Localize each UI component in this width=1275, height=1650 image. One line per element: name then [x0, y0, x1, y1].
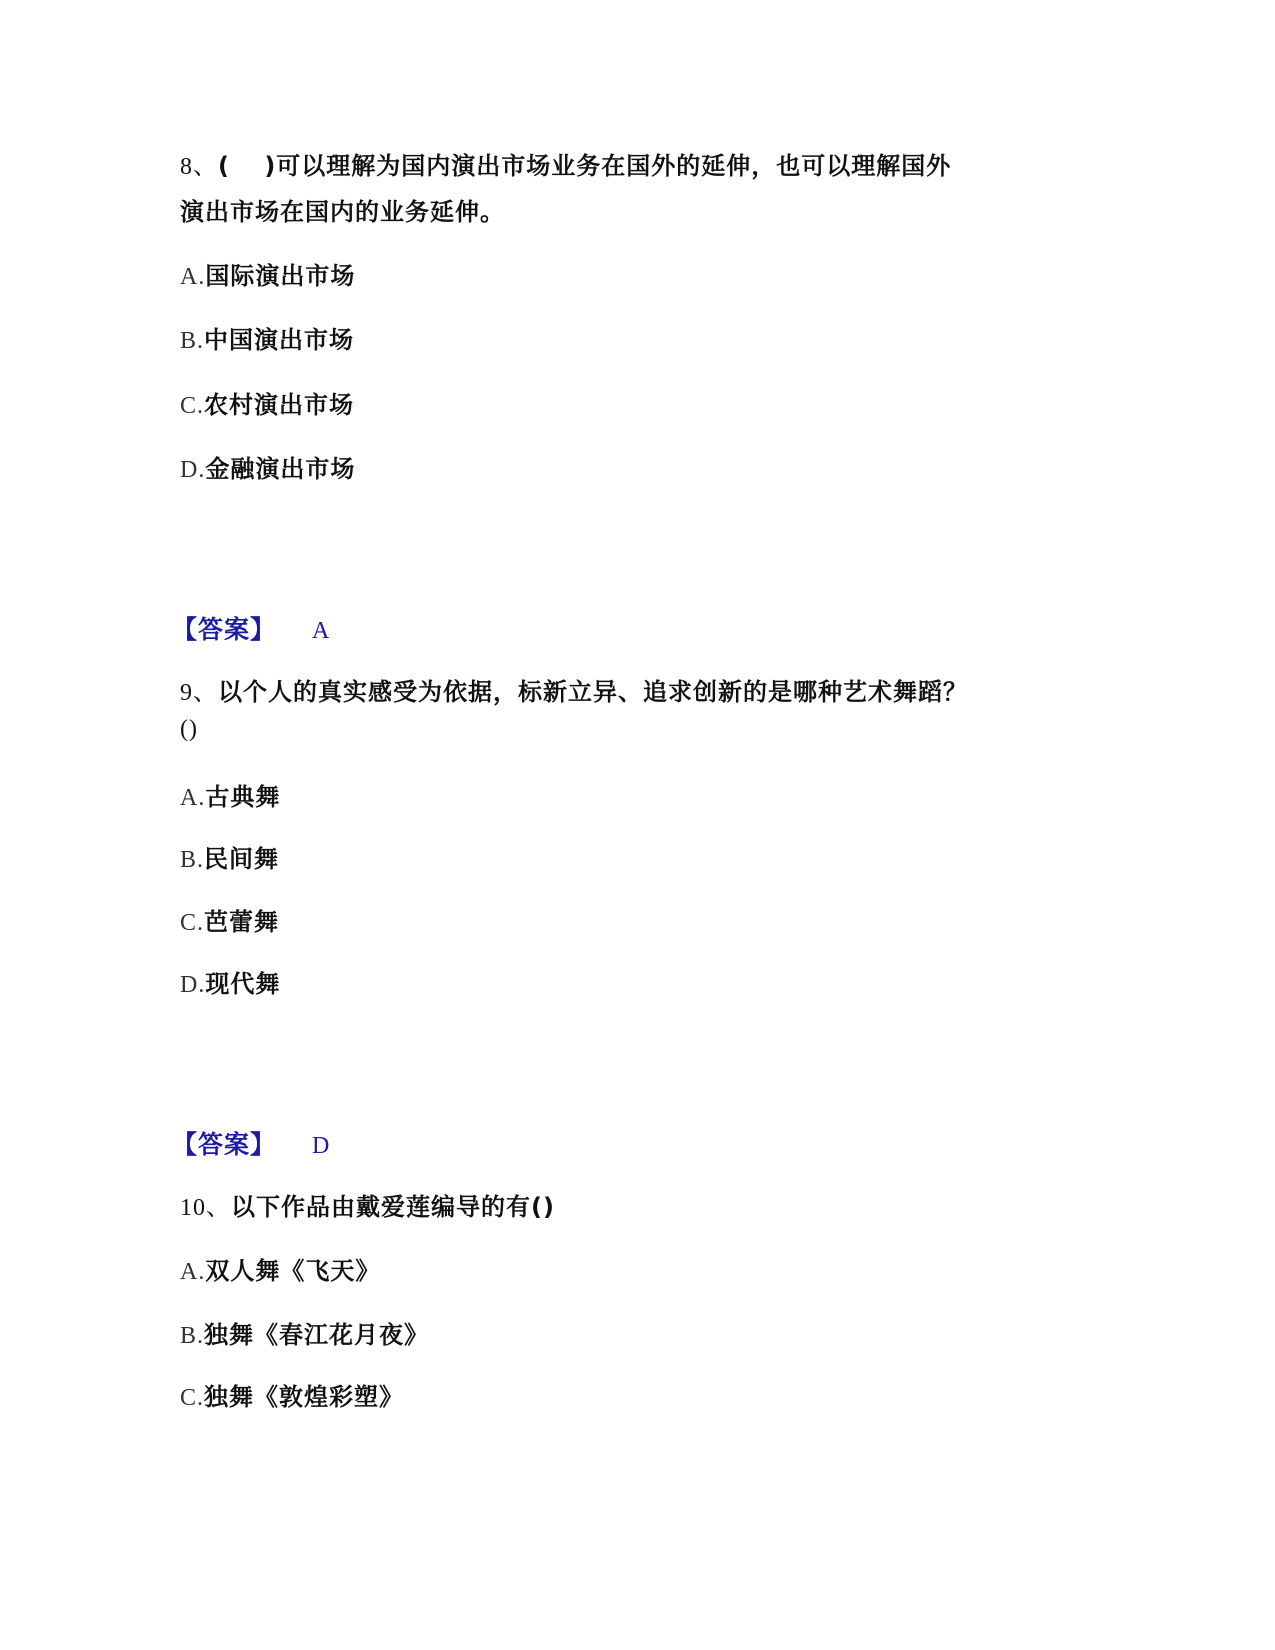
- option-label: A.: [180, 1259, 205, 1285]
- option-label: C.: [180, 393, 204, 419]
- question-text: 以下作品由戴爱莲编导的有(): [231, 1193, 555, 1221]
- option-text: 双人舞《飞天》: [205, 1257, 380, 1285]
- option-text: 农村演出市场: [204, 391, 354, 419]
- option-text: 民间舞: [204, 845, 279, 873]
- option-label: B.: [180, 1323, 204, 1349]
- option-b: B.中国演出市场: [180, 320, 354, 355]
- option-label: D.: [180, 457, 205, 483]
- question-8-line-2: 演出市场在国内的业务延伸。: [180, 192, 505, 227]
- option-text: 现代舞: [205, 970, 280, 998]
- answer-label: 【答案】: [172, 615, 276, 644]
- option-label: D.: [180, 972, 205, 998]
- answer-8: 【答案】A: [172, 610, 330, 646]
- option-text: 独舞《春江花月夜》: [204, 1321, 429, 1349]
- option-label: C.: [180, 910, 204, 936]
- answer-value: A: [312, 618, 330, 644]
- option-label: C.: [180, 1385, 204, 1411]
- question-number: 10、: [180, 1195, 231, 1221]
- option-text: 独舞《敦煌彩塑》: [204, 1383, 404, 1411]
- option-text: 国际演出市场: [205, 262, 355, 290]
- option-a: A.古典舞: [180, 777, 280, 812]
- answer-value: D: [312, 1133, 330, 1159]
- option-label: A.: [180, 785, 205, 811]
- question-text: 以个人的真实感受为依据，标新立异、追求创新的是哪种艺术舞蹈？: [218, 678, 968, 706]
- question-9-line-1: 9、以个人的真实感受为依据，标新立异、追求创新的是哪种艺术舞蹈？: [180, 672, 968, 707]
- option-c: C.农村演出市场: [180, 385, 354, 420]
- option-text: 金融演出市场: [205, 455, 355, 483]
- question-9-line-2: (): [180, 716, 198, 743]
- option-a: A.双人舞《飞天》: [180, 1251, 380, 1286]
- question-10-line-1: 10、以下作品由戴爱莲编导的有(): [180, 1187, 555, 1222]
- option-label: A.: [180, 264, 205, 290]
- option-d: D.金融演出市场: [180, 449, 355, 484]
- option-a: A.国际演出市场: [180, 256, 355, 291]
- question-number: 9、: [180, 680, 218, 706]
- option-b: B.民间舞: [180, 839, 279, 874]
- option-c: C.芭蕾舞: [180, 902, 279, 937]
- option-b: B.独舞《春江花月夜》: [180, 1315, 429, 1350]
- option-text: 中国演出市场: [204, 326, 354, 354]
- question-number: 8、: [180, 154, 218, 180]
- option-text: 芭蕾舞: [204, 908, 279, 936]
- question-text: ( )可以理解为国内演出市场业务在国外的延伸，也可以理解国外: [218, 152, 951, 180]
- option-d: D.现代舞: [180, 964, 280, 999]
- answer-label: 【答案】: [172, 1130, 276, 1159]
- option-label: B.: [180, 847, 204, 873]
- answer-9: 【答案】D: [172, 1125, 330, 1161]
- option-text: 古典舞: [205, 783, 280, 811]
- option-label: B.: [180, 328, 204, 354]
- option-c: C.独舞《敦煌彩塑》: [180, 1377, 404, 1412]
- question-8-line-1: 8、( )可以理解为国内演出市场业务在国外的延伸，也可以理解国外: [180, 146, 951, 181]
